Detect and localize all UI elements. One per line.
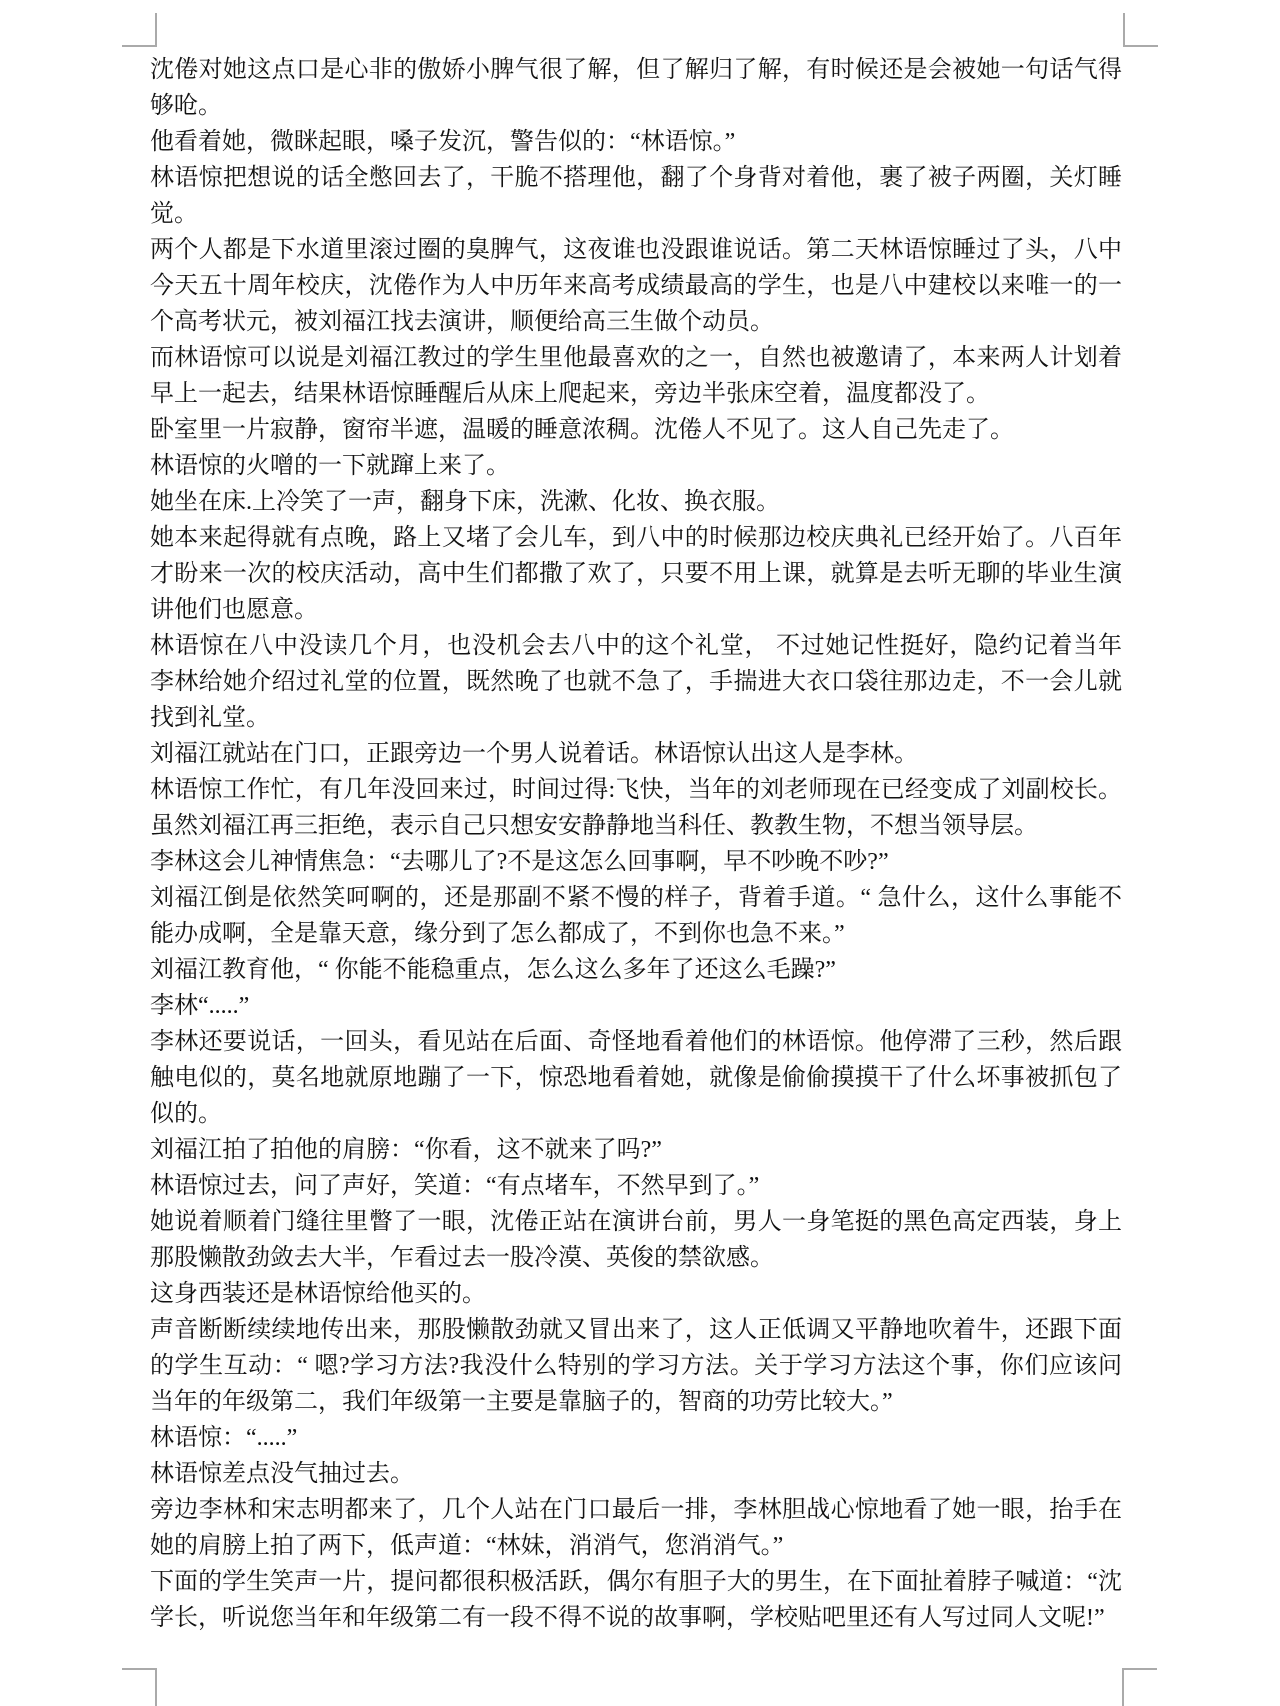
- text-line: 的学生互动：“ 嗯?学习方法?我没什么特别的学习方法。关于学习方法这个事，你们应…: [150, 1348, 1122, 1384]
- margin-crop-mark-top-left: [122, 13, 157, 47]
- text-line: 他看着她，微眯起眼，嗓子发沉，警告似的：“林语惊。”: [150, 124, 1122, 160]
- text-line: 林语惊差点没气抽过去。: [150, 1456, 1122, 1492]
- margin-crop-mark-bottom-left: [122, 1668, 157, 1706]
- text-line: 个高考状元，被刘福江找去演讲，顺便给高三生做个动员。: [150, 304, 1122, 340]
- margin-crop-mark-top-right: [1123, 13, 1158, 47]
- text-line: 这身西装还是林语惊给他买的。: [150, 1276, 1122, 1312]
- text-line: 今天五十周年校庆，沈倦作为人中历年来高考成绩最高的学生，也是八中建校以来唯一的一: [150, 268, 1122, 304]
- text-line: 当年的年级第二，我们年级第一主要是靠脑子的，智商的功劳比较大。”: [150, 1384, 1122, 1420]
- text-line: 那股懒散劲敛去大半，乍看过去一股冷漠、英俊的禁欲感。: [150, 1240, 1122, 1276]
- text-line: 沈倦对她这点口是心非的傲娇小脾气很了解，但了解归了解，有时候还是会被她一句话气得: [150, 52, 1122, 88]
- text-line: 刘福江拍了拍他的肩膀：“你看，这不就来了吗?”: [150, 1132, 1122, 1168]
- text-line: 早上一起去，结果林语惊睡醒后从床上爬起来，旁边半张床空着，温度都没了。: [150, 376, 1122, 412]
- text-line: 旁边李林和宋志明都来了，几个人站在门口最后一排，李林胆战心惊地看了她一眼，抬手在: [150, 1492, 1122, 1528]
- text-line: 而林语惊可以说是刘福江教过的学生里他最喜欢的之一，自然也被邀请了，本来两人计划着: [150, 340, 1122, 376]
- text-line: 两个人都是下水道里滚过圈的臭脾气，这夜谁也没跟谁说话。第二天林语惊睡过了头，八中: [150, 232, 1122, 268]
- text-line: 林语惊工作忙，有几年没回来过，时间过得:飞快，当年的刘老师现在已经变成了刘副校长…: [150, 772, 1122, 808]
- text-line: 找到礼堂。: [150, 700, 1122, 736]
- text-line: 林语惊的火噌的一下就蹿上来了。: [150, 448, 1122, 484]
- text-line: 林语惊过去，问了声好，笑道：“有点堵车，不然早到了。”: [150, 1168, 1122, 1204]
- margin-crop-mark-bottom-right: [1122, 1668, 1157, 1706]
- text-line: 她本来起得就有点晚，路上又堵了会儿车，到八中的时候那边校庆典礼已经开始了。八百年: [150, 520, 1122, 556]
- novel-text-block: 沈倦对她这点口是心非的傲娇小脾气很了解，但了解归了解，有时候还是会被她一句话气得…: [150, 52, 1122, 1636]
- text-line: 李林“.....”: [150, 988, 1122, 1024]
- text-line: 林语惊在八中没读几个月，也没机会去八中的这个礼堂， 不过她记性挺好，隐约记着当年: [150, 628, 1122, 664]
- text-line: 才盼来一次的校庆活动，高中生们都撒了欢了，只要不用上课，就算是去听无聊的毕业生演: [150, 556, 1122, 592]
- text-line: 够呛。: [150, 88, 1122, 124]
- text-line: 李林这会儿神情焦急：“去哪儿了?不是这怎么回事啊，早不吵晚不吵?”: [150, 844, 1122, 880]
- text-line: 林语惊：“.....”: [150, 1420, 1122, 1456]
- text-line: 能办成啊，全是靠天意，缘分到了怎么都成了，不到你也急不来。”: [150, 916, 1122, 952]
- text-line: 李林给她介绍过礼堂的位置，既然晚了也就不急了，手揣进大衣口袋往那边走，不一会儿就: [150, 664, 1122, 700]
- text-line: 刘福江就站在门口，正跟旁边一个男人说着话。林语惊认出这人是李林。: [150, 736, 1122, 772]
- text-line: 李林还要说话，一回头，看见站在后面、奇怪地看着他们的林语惊。他停滞了三秒，然后跟: [150, 1024, 1122, 1060]
- text-line: 刘福江倒是依然笑呵啊的，还是那副不紧不慢的样子，背着手道。“ 急什么，这什么事能…: [150, 880, 1122, 916]
- text-line: 她的肩膀上拍了两下，低声道：“林妹，消消气，您消消气。”: [150, 1528, 1122, 1564]
- text-line: 触电似的，莫名地就原地蹦了一下，惊恐地看着她，就像是偷偷摸摸干了什么坏事被抓包了: [150, 1060, 1122, 1096]
- text-line: 觉。: [150, 196, 1122, 232]
- text-line: 她说着顺着门缝往里瞥了一眼，沈倦正站在演讲台前，男人一身笔挺的黑色高定西装，身上: [150, 1204, 1122, 1240]
- text-line: 卧室里一片寂静，窗帘半遮，温暖的睡意浓稠。沈倦人不见了。这人自己先走了。: [150, 412, 1122, 448]
- text-line: 讲他们也愿意。: [150, 592, 1122, 628]
- text-line: 虽然刘福江再三拒绝，表示自己只想安安静静地当科任、教教生物，不想当领导层。: [150, 808, 1122, 844]
- document-page: 沈倦对她这点口是心非的傲娇小脾气很了解，但了解归了解，有时候还是会被她一句话气得…: [0, 0, 1280, 1706]
- text-line: 似的。: [150, 1096, 1122, 1132]
- text-line: 声音断断续续地传出来，那股懒散劲就又冒出来了，这人正低调又平静地吹着牛，还跟下面: [150, 1312, 1122, 1348]
- text-line: 学长，听说您当年和年级第二有一段不得不说的故事啊，学校贴吧里还有人写过同人文呢!…: [150, 1600, 1122, 1636]
- text-line: 刘福江教育他，“ 你能不能稳重点，怎么这么多年了还这么毛躁?”: [150, 952, 1122, 988]
- text-line: 下面的学生笑声一片，提问都很积极活跃，偶尔有胆子大的男生，在下面扯着脖子喊道：“…: [150, 1564, 1122, 1600]
- text-line: 林语惊把想说的话全憋回去了，干脆不搭理他，翻了个身背对着他，裹了被子两圈，关灯睡: [150, 160, 1122, 196]
- text-line: 她坐在床.上冷笑了一声，翻身下床，洗漱、化妆、换衣服。: [150, 484, 1122, 520]
